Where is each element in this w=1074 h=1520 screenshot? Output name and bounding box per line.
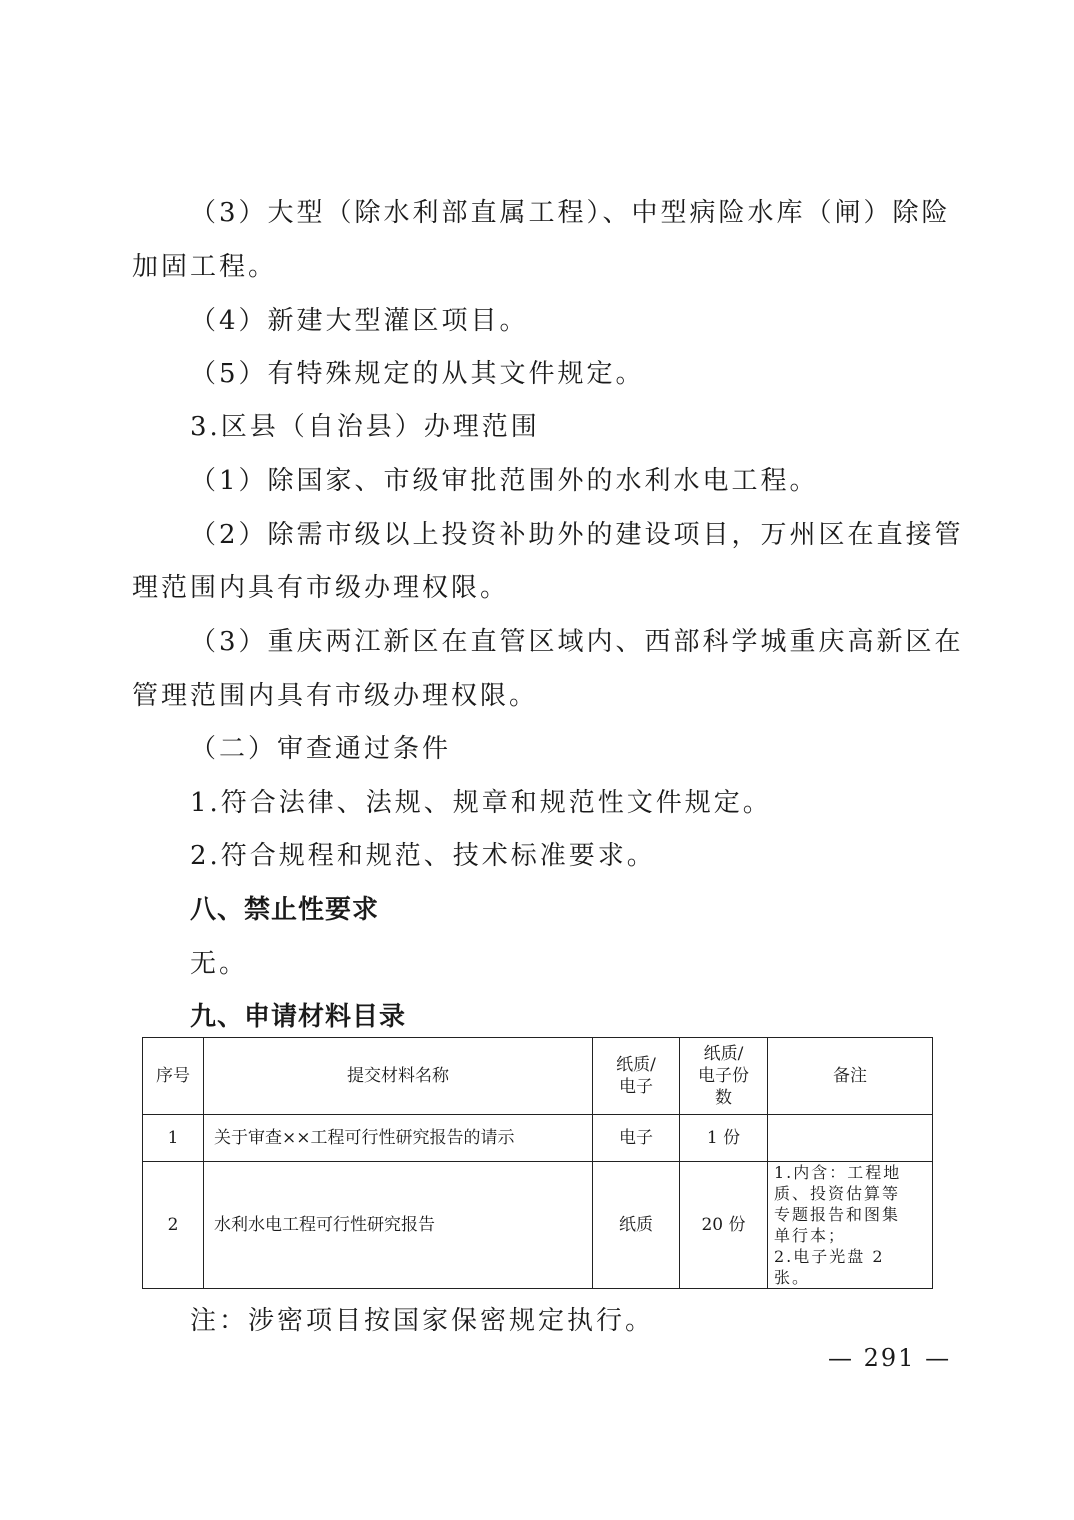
header-type: 纸质/ 电子 [593,1038,680,1115]
document-page: （3）大型（除水利部直属工程）、中型病险水库（闸）除险 加固工程。 （4）新建大… [0,0,1074,1520]
section-heading-materials: 九、申请材料目录 [190,1000,406,1034]
note-line: 1.内含：工程地 [774,1162,926,1183]
prohibitions-content: 无。 [190,947,248,981]
cell-name: 关于审查××工程可行性研究报告的请示 [204,1115,593,1162]
paragraph-district-1: （1）除国家、市级审批范围外的水利水电工程。 [190,464,819,498]
table-header-row: 序号 提交材料名称 纸质/ 电子 纸质/ 电子份 数 备注 [143,1038,933,1115]
cell-seq: 1 [143,1115,204,1162]
header-count: 纸质/ 电子份 数 [680,1038,768,1115]
materials-table: 序号 提交材料名称 纸质/ 电子 纸质/ 电子份 数 备注 1 关于审查××工程… [142,1037,933,1289]
section-heading-prohibitions: 八、禁止性要求 [190,893,379,927]
header-count-line3: 数 [684,1087,763,1109]
note-line: 单行本； [774,1225,926,1246]
paragraph-district-3-line1: （3）重庆两江新区在直管区域内、西部科学城重庆高新区在 [190,625,964,659]
cell-count: 20 份 [680,1162,768,1289]
note-line: 专题报告和图集 [774,1204,926,1225]
header-type-line1: 纸质/ [597,1054,675,1076]
paragraph-item-5: （5）有特殊规定的从其文件规定。 [190,357,645,391]
paragraph-item-3-line1: （3）大型（除水利部直属工程）、中型病险水库（闸）除险 [190,196,951,230]
table-row: 1 关于审查××工程可行性研究报告的请示 电子 1 份 [143,1115,933,1162]
header-count-line2: 电子份 [684,1065,763,1087]
header-note: 备注 [768,1038,933,1115]
subheading-district-scope: 3.区县（自治县）办理范围 [190,410,540,444]
subheading-review-conditions: （二）审查通过条件 [190,732,451,766]
page-number: — 291 — [828,1344,951,1372]
paragraph-item-4: （4）新建大型灌区项目。 [190,304,529,338]
header-name: 提交材料名称 [204,1038,593,1115]
condition-1: 1.符合法律、法规、规章和规范性文件规定。 [190,786,772,820]
cell-type: 纸质 [593,1162,680,1289]
cell-note: 1.内含：工程地 质、投资估算等 专题报告和图集 单行本； 2.电子光盘 2 张… [768,1162,933,1289]
paragraph-district-3-line2: 管理范围内具有市级办理权限。 [132,679,538,713]
table-row: 2 水利水电工程可行性研究报告 纸质 20 份 1.内含：工程地 质、投资估算等… [143,1162,933,1289]
cell-type: 电子 [593,1115,680,1162]
paragraph-district-2-line2: 理范围内具有市级办理权限。 [132,571,509,605]
cell-name: 水利水电工程可行性研究报告 [204,1162,593,1289]
header-count-line1: 纸质/ [684,1043,763,1065]
note-line: 质、投资估算等 [774,1183,926,1204]
cell-seq: 2 [143,1162,204,1289]
header-type-line2: 电子 [597,1076,675,1098]
cell-note [768,1115,933,1162]
cell-count: 1 份 [680,1115,768,1162]
paragraph-district-2-line1: （2）除需市级以上投资补助外的建设项目，万州区在直接管 [190,518,964,552]
header-seq: 序号 [143,1038,204,1115]
footnote: 注：涉密项目按国家保密规定执行。 [190,1304,654,1338]
condition-2: 2.符合规程和规范、技术标准要求。 [190,839,656,873]
paragraph-item-3-line2: 加固工程。 [132,250,277,284]
note-line: 2.电子光盘 2 张。 [774,1246,926,1288]
